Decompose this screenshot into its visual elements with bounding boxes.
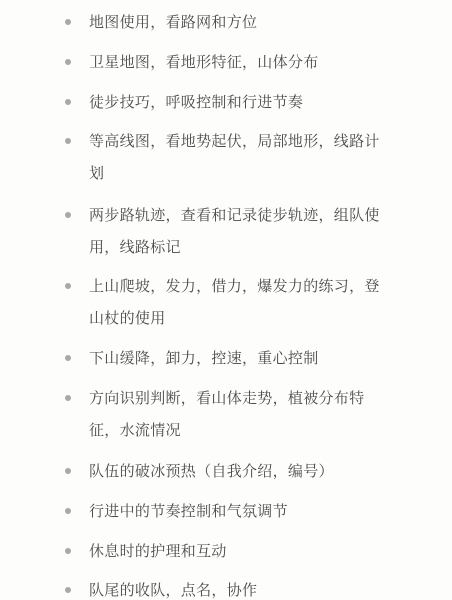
bullet-icon — [65, 283, 71, 289]
list-item-text: 两步路轨迹，查看和记录徒步轨迹，组队使 — [89, 206, 380, 224]
list-item-text: 休息时的护理和互动 — [89, 542, 227, 560]
list-item-text: 等高线图，看地势起伏，局部地形，线路计 — [89, 132, 380, 150]
list-item-text: 征，水流情况 — [89, 421, 181, 439]
list-item-text: 上山爬坡，发力，借力，爆发力的练习，登 — [89, 277, 380, 295]
bullet-icon — [65, 212, 71, 218]
bullet-icon — [65, 19, 71, 25]
list-item-text: 用，线路标记 — [89, 238, 181, 256]
list-item-text: 山杖的使用 — [89, 309, 166, 327]
bullet-icon — [65, 468, 71, 474]
bullet-icon — [65, 395, 71, 401]
list-item-text: 行进中的节奏控制和气氛调节 — [89, 502, 288, 520]
bullet-icon — [65, 355, 71, 361]
list-item-text: 方向识别判断，看山体走势，植被分布特 — [89, 389, 364, 407]
bullet-icon — [65, 138, 71, 144]
list-item-text: 下山缓降，卸力，控速，重心控制 — [89, 349, 319, 367]
list-item-text: 队尾的收队，点名，协作 — [89, 581, 257, 599]
bullet-icon — [65, 548, 71, 554]
bullet-icon — [65, 508, 71, 514]
list-item-text: 地图使用，看路网和方位 — [89, 13, 257, 31]
bullet-icon — [65, 99, 71, 105]
list-item-text: 划 — [89, 164, 104, 182]
list-item-text: 徒步技巧，呼吸控制和行进节奏 — [89, 93, 303, 111]
bullet-icon — [65, 59, 71, 65]
list-item-text: 卫星地图，看地形特征，山体分布 — [89, 53, 319, 71]
bullet-icon — [65, 587, 71, 593]
list-item-text: 队伍的破冰预热（自我介绍，编号） — [89, 462, 334, 480]
bullet-list: 地图使用，看路网和方位卫星地图，看地形特征，山体分布徒步技巧，呼吸控制和行进节奏… — [0, 0, 452, 600]
